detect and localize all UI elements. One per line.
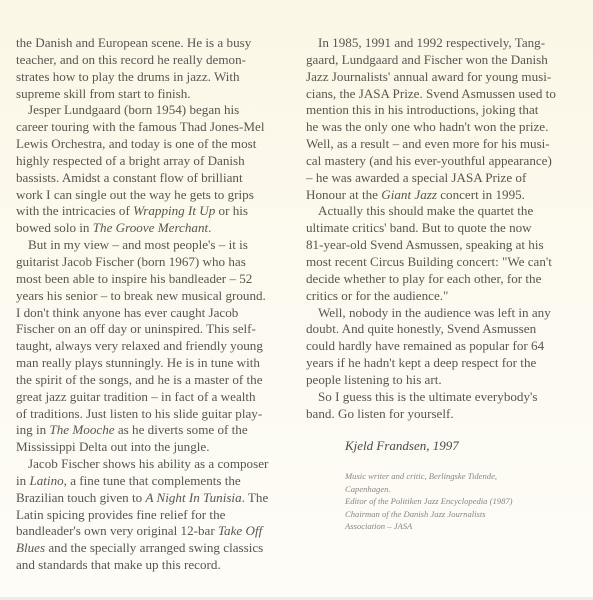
text-line: teacher, and on this record he really de… — [16, 52, 288, 69]
text-line: Jacob Fischer shows his ability as a com… — [16, 456, 288, 473]
text-line: bassists. Amidst a constant flow of bril… — [16, 170, 288, 187]
text-line: 81-year-old Svend Asmussen, speaking at … — [306, 237, 588, 254]
text-line: supreme skill from start to finish. — [16, 86, 288, 103]
text-line: So I guess this is the ultimate everybod… — [306, 389, 588, 406]
text-run: with the intricacies of — [16, 203, 133, 218]
text-line: strates how to play the drums in jazz. W… — [16, 69, 288, 86]
text-line: highly respected of a bright array of Da… — [16, 153, 288, 170]
text-line: ing in The Mooche as he diverts some of … — [16, 422, 288, 439]
text-line: – he was awarded a special JASA Prize of — [306, 170, 588, 187]
text-line: But in my view – and most people's – it … — [16, 237, 288, 254]
text-line: and standards that make up this record. — [16, 557, 288, 574]
text-line: years his senior – to break new musical … — [16, 288, 288, 305]
text-line: Well, as a result – and even more for hi… — [306, 136, 588, 153]
text-line: work I can single out the way he gets to… — [16, 187, 288, 204]
text-line: critics or for the audience." — [306, 288, 588, 305]
text-run: Honour at the — [306, 187, 381, 202]
text-line: in Latino, a fine tune that complements … — [16, 473, 288, 490]
title-italic: The Groove Merchant — [93, 220, 208, 235]
text-line: Mississippi Delta out into the jungle. — [16, 439, 288, 456]
text-line: most recent Circus Building concert: "We… — [306, 254, 588, 271]
right-column: In 1985, 1991 and 1992 respectively, Tan… — [306, 35, 588, 422]
text-line: Jazz Journalists' annual award for young… — [306, 69, 588, 86]
text-line: band. Go listen for yourself. — [306, 406, 588, 423]
text-run: in — [16, 473, 29, 488]
text-run: Brazilian touch given to — [16, 490, 145, 505]
text-line: decide whether to play for each other, f… — [306, 271, 588, 288]
text-run: concert in 1995. — [437, 187, 525, 202]
text-line: most been able to inspire his bandleader… — [16, 271, 288, 288]
title-italic: Giant Jazz — [381, 187, 437, 202]
author-signature: Kjeld Frandsen, 1997 — [345, 438, 459, 454]
credit-line: Capenhagen. — [345, 483, 513, 496]
text-line: could hardly have remained as popular fo… — [306, 338, 588, 355]
text-line: Fischer on an off day or uninspired. Thi… — [16, 321, 288, 338]
text-line: of traditions. Just listen to his slide … — [16, 406, 288, 423]
text-line: Brazilian touch given to A Night In Tuni… — [16, 490, 288, 507]
text-line: he was the only one who hadn't won the p… — [306, 119, 588, 136]
text-line: years if he hadn't kept a deep respect f… — [306, 355, 588, 372]
text-run: . The — [242, 490, 269, 505]
title-italic: Wrapping It Up — [133, 203, 215, 218]
text-line: Actually this should make the quartet th… — [306, 203, 588, 220]
credit-line: Music writer and critic, Berlingske Tide… — [345, 470, 513, 483]
text-run: as he diverts some of the — [115, 422, 248, 437]
text-line: Blues and the specially arranged swing c… — [16, 540, 288, 557]
text-line: cal mastery (and his ever-youthful appea… — [306, 153, 588, 170]
text-line: man really plays stunningly. He is in tu… — [16, 355, 288, 372]
left-column: the Danish and European scene. He is a b… — [16, 35, 288, 574]
text-line: Latin spicing provides fine relief for t… — [16, 507, 288, 524]
text-line: the spirit of the songs, and he is a mas… — [16, 372, 288, 389]
text-run: ing in — [16, 422, 49, 437]
text-line: ultimate critics' band. But to quote the… — [306, 220, 588, 237]
text-run: or his — [215, 203, 248, 218]
text-line: great jazz guitar tradition – in fact of… — [16, 389, 288, 406]
text-run: , a fine tune that complements the — [64, 473, 241, 488]
text-line: Lewis Orchestra, and today is one of the… — [16, 136, 288, 153]
text-run: . — [208, 220, 211, 235]
text-line: people listening to his art. — [306, 372, 588, 389]
title-italic: A Night In Tunisia — [145, 490, 241, 505]
title-italic: Latino — [29, 473, 63, 488]
text-line: gaard, Lundgaard and Fischer won the Dan… — [306, 52, 588, 69]
text-line: bandleader's own very original 12-bar Ta… — [16, 523, 288, 540]
title-italic: Blues — [16, 540, 45, 555]
text-line: with the intricacies of Wrapping It Up o… — [16, 203, 288, 220]
text-line: Honour at the Giant Jazz concert in 1995… — [306, 187, 588, 204]
credit-line: Editor of the Politiken Jazz Encyclopedi… — [345, 495, 513, 508]
text-run: bowed solo in — [16, 220, 93, 235]
liner-notes-page: the Danish and European scene. He is a b… — [0, 0, 593, 600]
text-line: cians, the JASA Prize. Svend Asmussen us… — [306, 86, 588, 103]
text-line: doubt. And quite honestly, Svend Asmusse… — [306, 321, 588, 338]
text-line: bowed solo in The Groove Merchant. — [16, 220, 288, 237]
text-line: mention this in his introductions, jokin… — [306, 102, 588, 119]
text-line: I don't think anyone has ever caught Jac… — [16, 305, 288, 322]
text-line: guitarist Jacob Fischer (born 1967) who … — [16, 254, 288, 271]
text-line: taught, always very relaxed and friendly… — [16, 338, 288, 355]
title-italic: The Mooche — [49, 422, 114, 437]
author-credits: Music writer and critic, Berlingske Tide… — [345, 470, 513, 533]
text-line: In 1985, 1991 and 1992 respectively, Tan… — [306, 35, 588, 52]
title-italic: Take Off — [218, 523, 262, 538]
text-line: Jesper Lundgaard (born 1954) began his — [16, 102, 288, 119]
text-run: bandleader's own very original 12-bar — [16, 523, 218, 538]
credit-line: Chairman of the Danish Jazz Journalists — [345, 508, 513, 521]
text-run: and the specially arranged swing classic… — [45, 540, 263, 555]
credit-line: Association – JASA — [345, 520, 513, 533]
text-line: career touring with the famous Thad Jone… — [16, 119, 288, 136]
text-line: Well, nobody in the audience was left in… — [306, 305, 588, 322]
text-line: the Danish and European scene. He is a b… — [16, 35, 288, 52]
